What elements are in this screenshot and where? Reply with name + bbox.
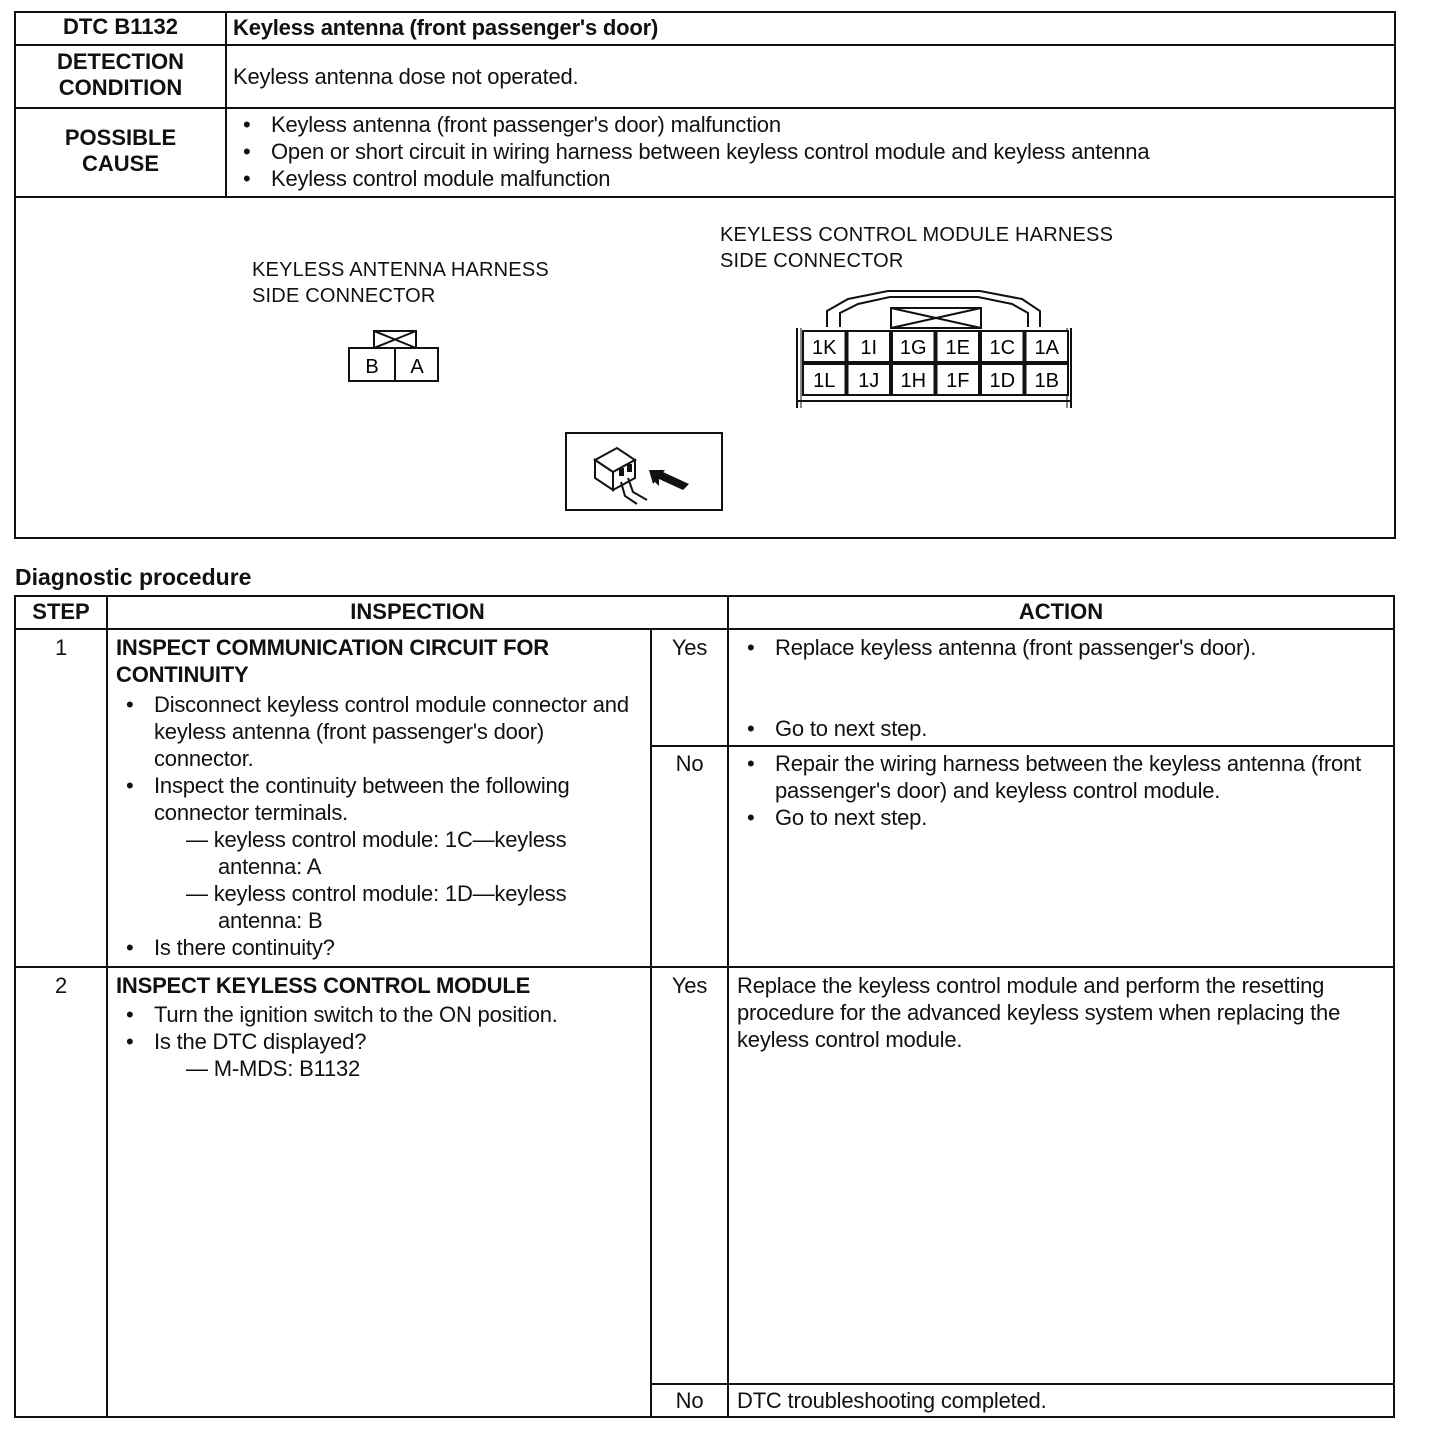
detection-condition-text: Keyless antenna dose not operated. (233, 63, 1383, 90)
terminal-label: 1A (1035, 337, 1060, 359)
column-header-step: STEP (16, 599, 106, 625)
terminal-a: A (410, 356, 424, 378)
border (14, 595, 1395, 597)
terminal-label: 1E (946, 337, 970, 359)
procedure-heading: Diagnostic procedure (15, 563, 251, 591)
inspection-item-text: Inspect the continuity between the follo… (154, 773, 570, 825)
module-connector-label: KEYLESS CONTROL MODULE HARNESS SIDE CONN… (720, 222, 1113, 274)
inspection-item: Inspect the continuity between the follo… (116, 772, 646, 934)
inspection-subitem: — keyless control module: 1D—keyless ant… (186, 880, 646, 934)
label-line: KEYLESS ANTENNA HARNESS (252, 257, 549, 283)
step-number: 1 (16, 634, 106, 661)
terminal-label: 1F (946, 370, 969, 392)
inspection-subitem: — keyless control module: 1C—keyless ant… (186, 826, 646, 880)
divider (14, 196, 1396, 198)
possible-cause-label: POSSIBLE CAUSE (16, 125, 225, 177)
label-line: SIDE CONNECTOR (252, 283, 549, 309)
inspection-item: Is the DTC displayed? — M-MDS: B1132 (116, 1028, 646, 1082)
antenna-connector-label: KEYLESS ANTENNA HARNESS SIDE CONNECTOR (252, 257, 549, 309)
step-inspection: INSPECT COMMUNICATION CIRCUIT FOR CONTIN… (116, 634, 646, 961)
terminal-label: 1L (813, 370, 835, 392)
inspection-item: Disconnect keyless control module connec… (116, 691, 646, 772)
inspection-item-text: Is the DTC displayed? (154, 1029, 366, 1054)
terminal-b: B (365, 356, 378, 378)
divider (106, 595, 108, 1418)
label-line: POSSIBLE (16, 125, 225, 151)
divider (14, 628, 1395, 630)
column-header-inspection: INSPECTION (108, 599, 727, 625)
label-line: CONDITION (16, 75, 225, 101)
action-item: Go to next step. (737, 804, 1387, 831)
action-item: Repair the wiring harness between the ke… (737, 750, 1387, 804)
step-title: INSPECT KEYLESS CONTROL MODULE (116, 972, 646, 999)
cause-item: Keyless control module malfunction (233, 165, 1383, 192)
yes-label: Yes (652, 634, 727, 661)
step-inspection: INSPECT KEYLESS CONTROL MODULE Turn the … (116, 972, 646, 1082)
yes-label: Yes (652, 972, 727, 999)
divider (650, 1383, 1395, 1385)
step-number: 2 (16, 972, 106, 999)
border (14, 537, 1396, 539)
detection-condition-label: DETECTION CONDITION (16, 49, 225, 101)
divider (650, 745, 1395, 747)
border (1393, 595, 1395, 1418)
terminal-label: 1I (860, 337, 877, 359)
divider (14, 44, 1396, 46)
no-label: No (652, 750, 727, 777)
terminal-label: 1K (812, 337, 837, 359)
label-line: SIDE CONNECTOR (720, 248, 1113, 274)
no-action: DTC troubleshooting completed. (737, 1387, 1382, 1414)
inspection-list: Disconnect keyless control module connec… (116, 691, 646, 961)
divider (650, 630, 652, 1418)
dtc-title: Keyless antenna (front passenger's door) (233, 14, 1383, 41)
column-header-action: ACTION (729, 599, 1393, 625)
harness-side-view-icon (565, 432, 723, 511)
no-action-list: Repair the wiring harness between the ke… (737, 750, 1387, 831)
terminal-label: 1D (989, 370, 1015, 392)
border (14, 1416, 1395, 1418)
cause-item: Keyless antenna (front passenger's door)… (233, 111, 1383, 138)
border (1394, 11, 1396, 539)
dtc-code: DTC B1132 (16, 14, 225, 40)
border (14, 595, 16, 1418)
antenna-connector-diagram: B A (340, 325, 450, 390)
action-item: Replace keyless antenna (front passenger… (737, 634, 1387, 661)
terminal-label: 1C (989, 337, 1015, 359)
label-line: KEYLESS CONTROL MODULE HARNESS (720, 222, 1113, 248)
step-title: INSPECT COMMUNICATION CIRCUIT FOR (116, 634, 646, 661)
yes-action: Replace the keyless control module and p… (737, 972, 1382, 1053)
inspection-item: Is there continuity? (116, 934, 646, 961)
label-line: DETECTION (16, 49, 225, 75)
divider (225, 11, 227, 198)
terminal-label: 1B (1035, 370, 1059, 392)
inspection-subitem: — M-MDS: B1132 (186, 1055, 646, 1082)
inspection-list: Turn the ignition switch to the ON posit… (116, 1001, 646, 1082)
action-item: Go to next step. (737, 715, 1387, 742)
possible-cause-list: Keyless antenna (front passenger's door)… (233, 111, 1383, 192)
border (14, 11, 1396, 13)
module-connector-diagram: 1K1I1G1E1C1A1L1J1H1F1D1B (790, 285, 1085, 415)
yes-action-list: Replace keyless antenna (front passenger… (737, 634, 1387, 742)
cause-item: Open or short circuit in wiring harness … (233, 138, 1383, 165)
label-line: CAUSE (16, 151, 225, 177)
divider (14, 966, 1395, 968)
terminal-label: 1J (858, 370, 879, 392)
terminal-label: 1G (900, 337, 927, 359)
divider (727, 595, 729, 1418)
inspection-item: Turn the ignition switch to the ON posit… (116, 1001, 646, 1028)
terminal-label: 1H (900, 370, 926, 392)
no-label: No (652, 1387, 727, 1414)
divider (14, 107, 1396, 109)
step-title: CONTINUITY (116, 661, 646, 688)
